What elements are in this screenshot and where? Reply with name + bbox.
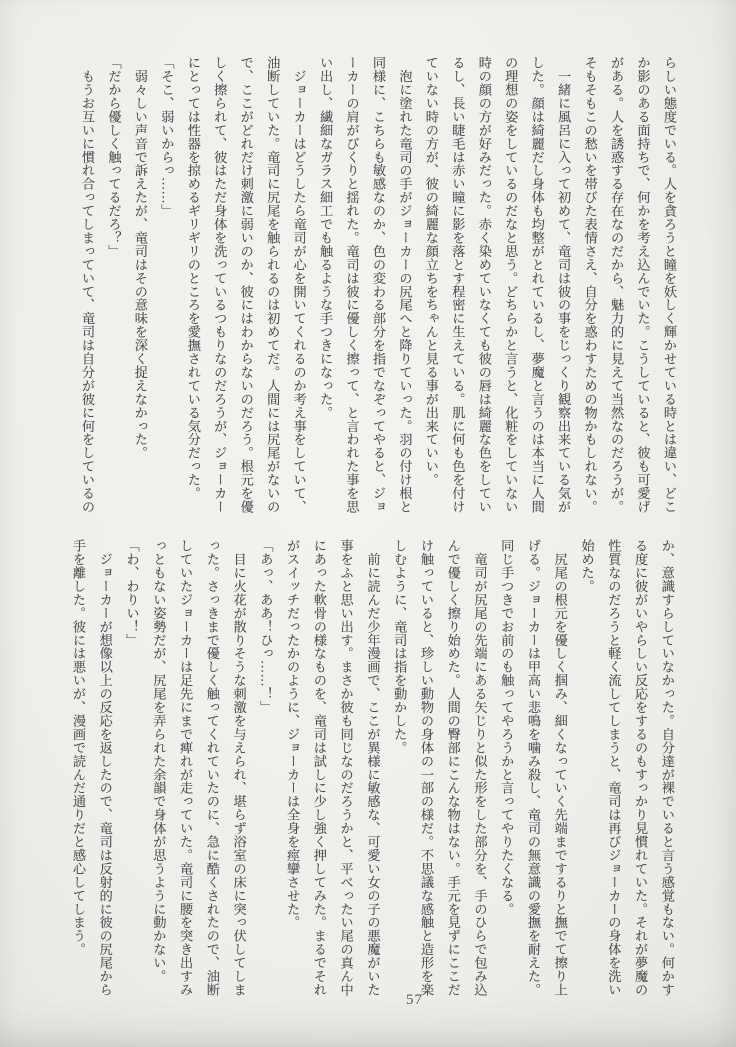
text-column: るし、長い睫毛は赤い瞳に影を落とす程密に生えている。肌に何も色を付け: [450, 56, 464, 513]
text-column: ていない時の方が、彼の綺麗な顔立ちをちゃんと見る事が出来ていい。: [424, 56, 438, 486]
text-column: していたジョーカーは足先にまで痺れが走っていた。竜司に腰を突き出すみ: [178, 539, 192, 996]
text-column: 同じ手つきでお前のも触ってやろうかと言ってやりたくなる。: [499, 539, 513, 916]
text-column: か、意識すらしていなかった。自分達が裸でいると言う感覚もない。何かす: [660, 539, 674, 996]
text-column: 前に読んだ少年漫画で、ここが異様に敏感な、可愛い女の子の悪魔がいた: [365, 539, 379, 996]
text-column: がある。人を誘惑する存在なのだから、魅力的に見えて当然なのだろうが。: [609, 56, 623, 513]
text-column: る度に彼がいやらしい反応をするのもすっかり見慣れていた。それが夢魔の: [633, 539, 647, 996]
text-column: ジョーカーはどうしたら竜司が心を開いてくれるのか考え事をしていて、: [292, 56, 306, 513]
text-column: 手を離した。彼には悪いが、漫画で読んだ通りだと感心してしまう。: [71, 539, 85, 956]
text-column: んで優しく擦り始めた。人間の臀部にこんな物はない。手元を見ずにここだ: [446, 539, 460, 996]
text-column: 竜司が尻尾の先端にある矢じりと似た形をした部分を、手のひらで包み込: [472, 539, 486, 996]
text-column: け触っていると、珍しい動物の身体の一部の様だ。不思議な感触と造形を楽: [419, 539, 433, 996]
text-column: 同様に、こちらも敏感なのか、色の変わる部分を指でなぞってやると、ジョ: [371, 56, 385, 513]
text-column: がスイッチだったかのように、ジョーカーは全身を痙攣させた。: [285, 539, 299, 929]
text-column: 弱々しい声音で訴えたが、竜司はその意味を深く捉えなかった。: [133, 56, 147, 460]
text-column: った。さっきまで優しく触ってくれていたのに、急に酷くされたので、油断: [205, 539, 219, 996]
bottom-text-block: か、意識すらしていなかった。自分達が裸でいると言う感覚もない。何かする度に彼がい…: [71, 539, 674, 991]
text-column: もうお互いに慣れ合ってしまっていて、竜司は自分が彼に何をしているの: [80, 56, 94, 513]
text-column: にとっては性器を掠めるギリギリのところを愛撫されている気分だった。: [186, 56, 200, 500]
text-column: い出し、繊細なガラス細工でも触るような手つきになった。: [318, 56, 332, 419]
scanned-page: らしい態度でいる。人を貪ろうと瞳を妖しく輝かせている時とは違い、どこか影のある面…: [0, 0, 736, 1047]
text-column: 一緒に風呂に入って初めて、竜司は彼の事をじっくり観察出来ている気が: [556, 56, 570, 513]
text-column: 尻尾の根元を優しく掴み、細くなっていく先端までするりと撫でて擦り上: [553, 539, 567, 996]
text-column: そもそもこの愁いを帯びた表情さえ、自分を惑わすための物かもしれない。: [583, 56, 597, 513]
text-column: で、ここがどれだけ刺激に弱いのか、彼にはわからないのだろう。根元を優: [239, 56, 253, 513]
text-column: した。顔は綺麗だし身体も均整がとれているし、夢魔と言うのは本当に人間: [530, 56, 544, 513]
text-column: の理想の姿をしているのだなと思う。どちらかと言うと、化粧をしていない: [503, 56, 517, 513]
text-column: しく擦られて、彼はただ身体を洗っているつもりなのだろうが、ジョーカー: [212, 56, 226, 513]
text-column: げる。ジョーカーは甲高い悲鳴を噛み殺し、竜司の無意識の愛撫を耐えた。: [526, 539, 540, 996]
text-column: 油断していた。竜司に尻尾を触られるのは初めてだ。人間には尻尾がないの: [265, 56, 279, 513]
text-column: にあった軟骨の様なものを、竜司は試しに少し強く押してみた。まるでそれ: [312, 539, 326, 996]
text-column: 泡に塗れた竜司の手がジョーカーの尻尾へと降りていった。羽の付け根と: [397, 56, 411, 513]
text-column: しむように、竜司は指を動かした。: [392, 539, 406, 754]
text-column: 事をふと思い出す。まさか彼も同じなのだろうかと、平べったい尾の真ん中: [339, 539, 353, 996]
text-column: 時の顔の方が好みだった。赤く染めていなくても彼の唇は綺麗な色をしてい: [477, 56, 491, 513]
page-number: 57: [406, 992, 423, 1009]
text-column: 目に火花が散りそうな刺激を与えられ、堪らず浴室の床に突っ伏してしま: [232, 539, 246, 996]
text-column: 「あっ、ああ！ひっ……！」: [258, 539, 272, 714]
text-column: 「そこ、弱いからっ……」: [159, 56, 173, 217]
text-column: らしい態度でいる。人を貪ろうと瞳を妖しく輝かせている時とは違い、どこ: [662, 56, 676, 513]
text-column: か影のある面持ちで、何かを考え込んでいた。こうしていると、彼も可愛げ: [636, 56, 650, 513]
top-text-block: らしい態度でいる。人を貪ろうと瞳を妖しく輝かせている時とは違い、どこか影のある面…: [80, 56, 676, 528]
text-column: 「だから優しく触ってるだろ？」: [106, 56, 120, 258]
text-column: 始めた。: [580, 539, 594, 593]
text-column: ジョーカーが想像以上の反応を返したので、竜司は反射的に彼の尻尾から: [98, 539, 112, 996]
text-column: ーカーの肩がびくりと揺れた。竜司は彼に優しく擦って、と言われた事を思: [345, 56, 359, 513]
text-column: 「わ、わりい！」: [125, 539, 139, 647]
text-column: 性質なのだろうと軽く流してしまうと、竜司は再びジョーカーの身体を洗い: [606, 539, 620, 996]
text-column: っともない姿勢だが、尻尾を弄られた余韻で身体が思うように動かない。: [151, 539, 165, 983]
